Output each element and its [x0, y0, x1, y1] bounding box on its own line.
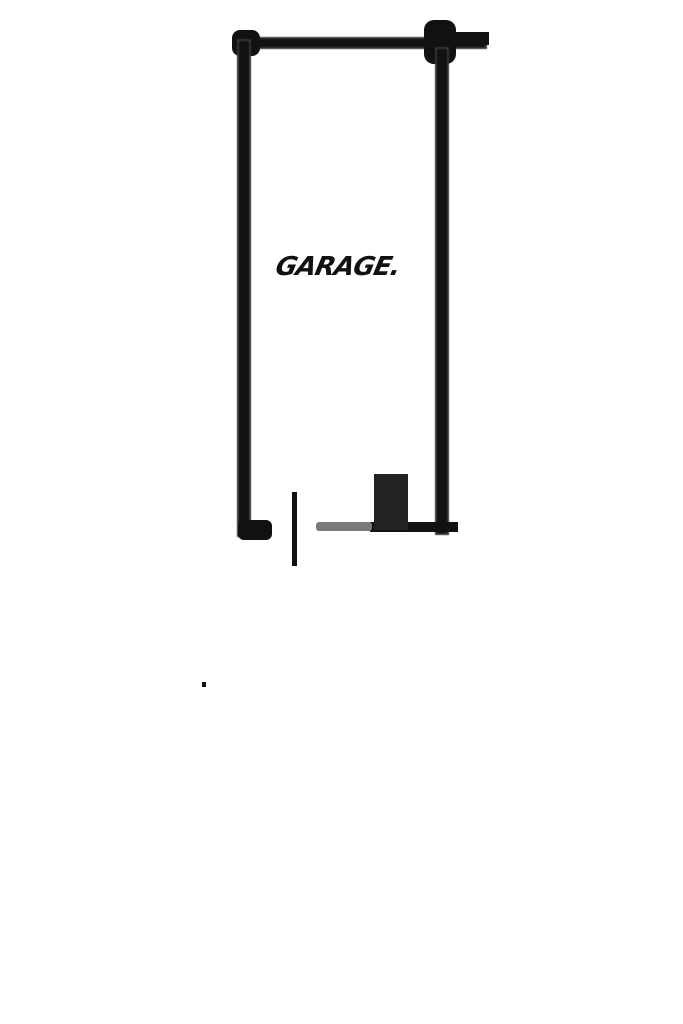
top-wall-extension: [455, 32, 489, 45]
room-label: GARAGE.: [273, 252, 403, 282]
left-wall: [238, 40, 250, 536]
right-wall: [436, 48, 448, 534]
wall-pier: [374, 474, 408, 530]
door-leaf: [292, 492, 297, 566]
stray-mark: [202, 682, 206, 687]
door-threshold: [316, 522, 372, 531]
left-wall-foot: [238, 520, 272, 540]
